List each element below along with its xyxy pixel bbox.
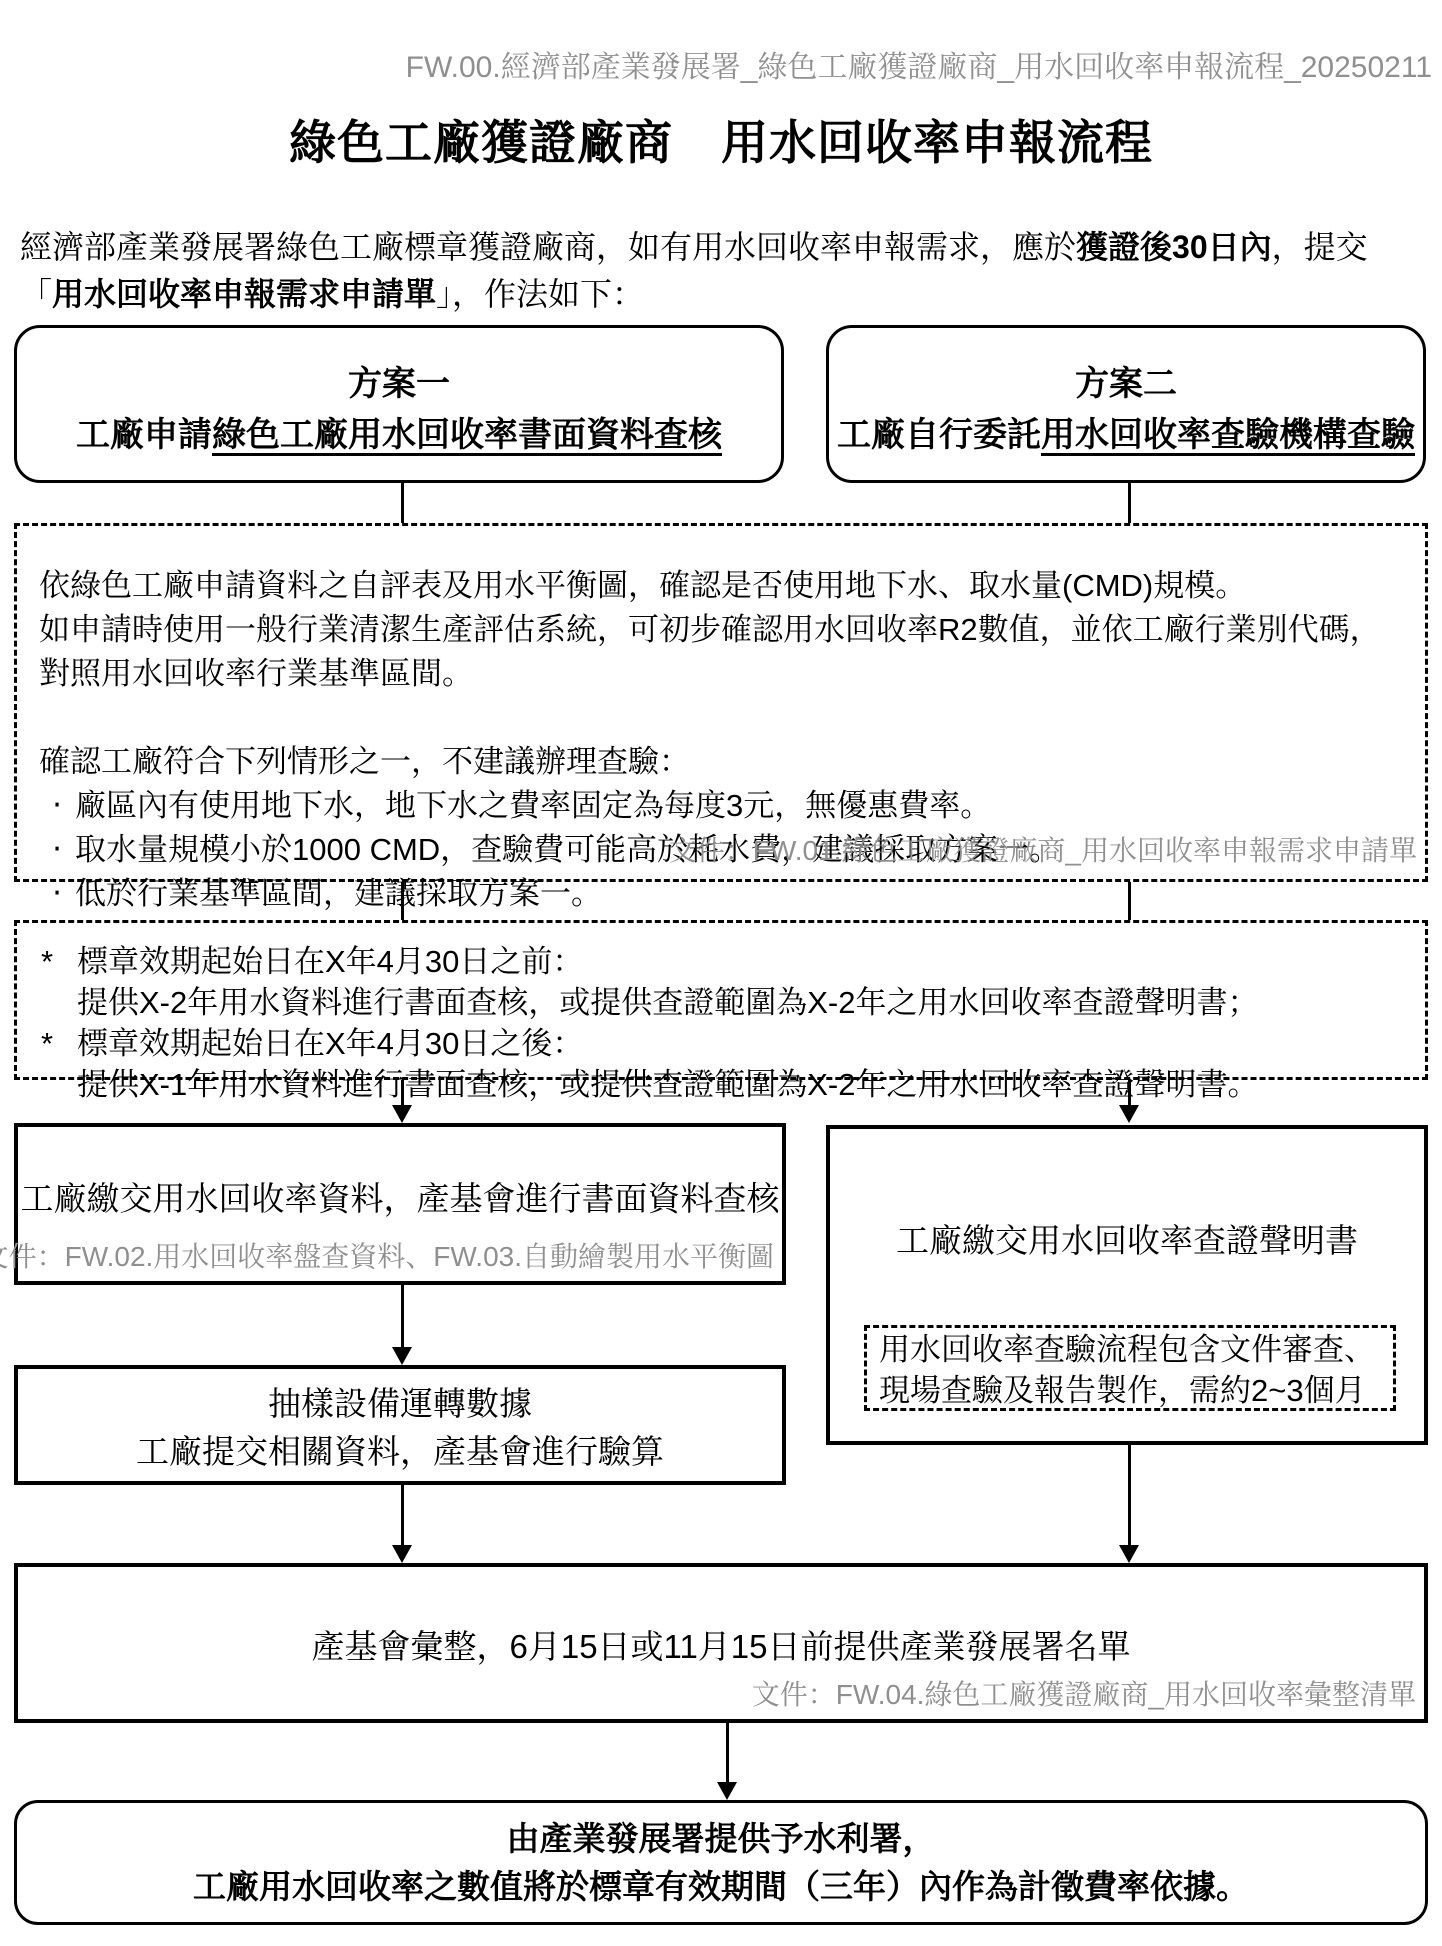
period-item-2-head: *標章效期起始日在X年4月30日之後： <box>41 1023 1403 1064</box>
connector-line <box>401 483 404 523</box>
screening-para-2: 如申請時使用一般行業清潔生產評估系統，可初步確認用水回收率R2數值，並依工廠行業… <box>39 608 1403 696</box>
final-result-box: 由產業發展署提供予水利署， 工廠用水回收率之數值將於標章有效期間（三年）內作為計… <box>14 1800 1428 1925</box>
document-note-fw01: 文件：FW.01.綠色工廠獲證廠商_用水回收率申報需求申請單 <box>669 829 1417 873</box>
sampling-verification-box: 抽樣設備運轉數據 工廠提交相關資料，產基會進行驗算 <box>14 1365 786 1485</box>
verification-duration-note-text: 用水回收率查驗流程包含文件審查、現場查驗及報告製作，需約2~3個月 <box>879 1332 1375 1408</box>
asterisk-marker: * <box>41 941 77 982</box>
screening-criteria-box: 依綠色工廠申請資料之自評表及用水平衡圖，確認是否使用地下水、取水量(CMD)規模… <box>14 523 1428 882</box>
intro-text-1: 經濟部產業發展署綠色工廠標章獲證廠商，如有用水回收率申報需求，應於 <box>20 229 1076 265</box>
option1-subtitle: 工廠申請綠色工廠用水回收率書面資料查核 <box>17 407 781 456</box>
option2-subtitle-plain: 工廠自行委託 <box>837 416 1041 454</box>
arrow-down-icon <box>392 1545 412 1563</box>
option1-box: 方案一 工廠申請綠色工廠用水回收率書面資料查核 <box>14 325 784 483</box>
arrow-down-icon <box>1119 1545 1139 1563</box>
arrow-down-icon <box>392 1105 412 1123</box>
flowchart-page: FW.00.經濟部產業發展署_綠色工廠獲證廠商_用水回收率申報流程_202502… <box>0 0 1442 1946</box>
intro-text-3: 」，作法如下： <box>436 276 644 312</box>
label-validity-period-box: *標章效期起始日在X年4月30日之前： 提供X-2年用水資料進行書面查核，或提供… <box>14 920 1428 1080</box>
arrow-down-icon <box>1119 1105 1139 1123</box>
period-item-1-head-text: 標章效期起始日在X年4月30日之前： <box>77 944 583 979</box>
intro-text-2: ，提交 <box>1272 229 1368 265</box>
option1-subtitle-underlined: 綠色工廠用水回收率書面資料查核 <box>212 416 722 454</box>
bullet-dot-icon: ‧ <box>39 828 75 872</box>
period-item-1-body: 提供X-2年用水資料進行書面查核，或提供查證範圍為X-2年之用水回收率查證聲明書… <box>41 982 1403 1023</box>
sampling-line-1: 抽樣設備運轉數據 <box>18 1380 782 1428</box>
period-item-2-body: 提供X-1年用水資料進行書面查核，或提供查證範圍為X-2年之用水回收率查證聲明書… <box>41 1064 1403 1105</box>
submit-data-review-box: 工廠繳交用水回收率資料，產基會進行書面資料查核 文件：FW.02.用水回收率盤查… <box>14 1123 786 1285</box>
bullet-dot-icon: ‧ <box>39 872 75 916</box>
verification-duration-note-box: 用水回收率查驗流程包含文件審查、現場查驗及報告製作，需約2~3個月 <box>864 1325 1396 1411</box>
document-header-reference: FW.00.經濟部產業發展署_綠色工廠獲證廠商_用水回收率申報流程_202502… <box>406 42 1432 86</box>
connector-line <box>1128 1080 1131 1107</box>
option2-subtitle-underlined: 用水回收率查驗機構查驗 <box>1041 416 1415 454</box>
connector-line <box>1128 1445 1131 1545</box>
option1-title: 方案一 <box>17 356 781 405</box>
connector-line <box>401 882 404 920</box>
screening-bullet-3-text: 低於行業基準區間，建議採取方案一。 <box>75 876 602 911</box>
option2-subtitle: 工廠自行委託用水回收率查驗機構查驗 <box>829 407 1423 456</box>
page-title: 綠色工廠獲證廠商 用水回收率申報流程 <box>0 106 1442 173</box>
arrow-down-icon <box>717 1782 737 1800</box>
document-note-fw02-fw03: 文件：FW.02.用水回收率盤查資料、FW.03.自動繪製用水平衡圖 <box>0 1235 774 1275</box>
connector-line <box>401 1080 404 1107</box>
intro-bold-form-name: 用水回收率申報需求申請單 <box>52 276 436 312</box>
verification-statement-box: 工廠繳交用水回收率查證聲明書 用水回收率查驗流程包含文件審查、現場查驗及報告製作… <box>826 1125 1428 1445</box>
final-line-1: 由產業發展署提供予水利署， <box>17 1815 1425 1863</box>
connector-line <box>1128 483 1131 523</box>
verification-statement-text: 工廠繳交用水回收率查證聲明書 <box>830 1215 1424 1262</box>
arrow-down-icon <box>392 1347 412 1365</box>
period-item-1-head: *標章效期起始日在X年4月30日之前： <box>41 941 1403 982</box>
option2-title: 方案二 <box>829 356 1423 405</box>
period-item-2-head-text: 標章效期起始日在X年4月30日之後： <box>77 1026 583 1061</box>
asterisk-marker: * <box>41 1023 77 1064</box>
submit-data-review-text: 工廠繳交用水回收率資料，產基會進行書面資料查核 <box>18 1173 782 1220</box>
screening-bullet-3: ‧低於行業基準區間，建議採取方案一。 <box>39 872 1403 916</box>
document-note-fw04: 文件：FW.04.綠色工廠獲證廠商_用水回收率彙整清單 <box>752 1673 1416 1713</box>
connector-line <box>726 1723 729 1782</box>
consolidation-box: 產基會彙整，6月15日或11月15日前提供產業發展署名單 文件：FW.04.綠色… <box>14 1563 1428 1723</box>
intro-quote-open: 「 <box>20 276 52 312</box>
sampling-line-2: 工廠提交相關資料，產基會進行驗算 <box>18 1428 782 1476</box>
screening-bullet-1: ‧廠區內有使用地下水，地下水之費率固定為每度3元，無優惠費率。 <box>39 784 1403 828</box>
option1-subtitle-plain: 工廠申請 <box>76 416 212 454</box>
consolidation-text: 產基會彙整，6月15日或11月15日前提供產業發展署名單 <box>18 1621 1424 1668</box>
screening-para-1: 依綠色工廠申請資料之自評表及用水平衡圖，確認是否使用地下水、取水量(CMD)規模… <box>39 564 1403 608</box>
option2-box: 方案二 工廠自行委託用水回收率查驗機構查驗 <box>826 325 1426 483</box>
screening-bullet-1-text: 廠區內有使用地下水，地下水之費率固定為每度3元，無優惠費率。 <box>75 788 991 823</box>
final-line-2: 工廠用水回收率之數值將於標章有效期間（三年）內作為計徵費率依據。 <box>17 1863 1425 1911</box>
connector-line <box>1128 882 1131 920</box>
intro-bold-deadline: 獲證後30日內 <box>1076 229 1272 265</box>
connector-line <box>401 1485 404 1545</box>
bullet-dot-icon: ‧ <box>39 784 75 828</box>
screening-para-3: 確認工廠符合下列情形之一，不建議辦理查驗： <box>39 740 1403 784</box>
intro-paragraph: 經濟部產業發展署綠色工廠標章獲證廠商，如有用水回收率申報需求，應於獲證後30日內… <box>20 224 1430 318</box>
connector-line <box>401 1285 404 1347</box>
